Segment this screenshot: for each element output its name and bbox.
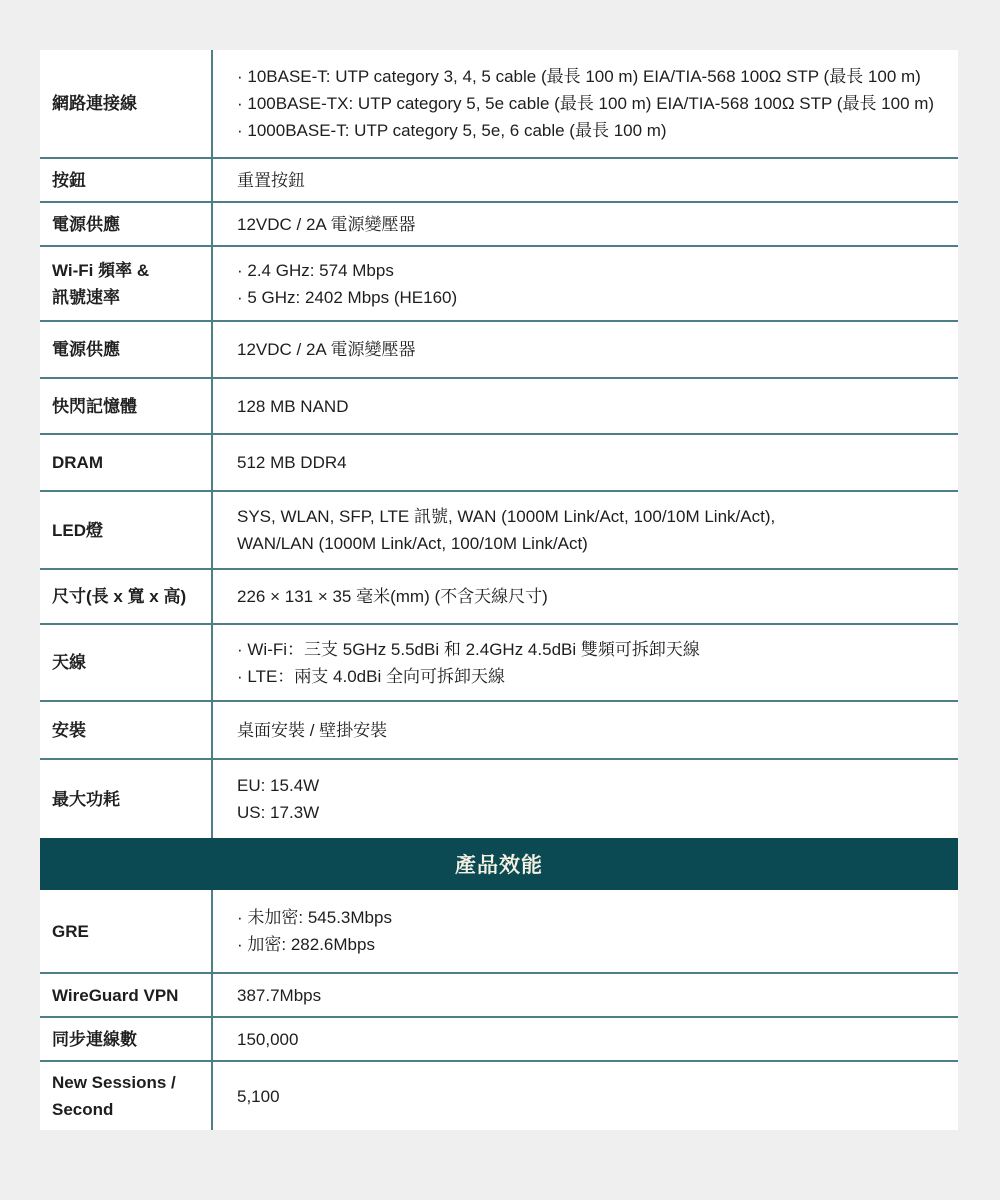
row-label-wifi-rate: Wi-Fi 頻率 & 訊號速率 [40, 247, 213, 320]
table-row: 按鈕 重置按鈕 [40, 157, 958, 201]
performance-section-header: 產品效能 [40, 838, 958, 890]
row-label-dram: DRAM [40, 435, 213, 490]
table-row: 同步連線數 150,000 [40, 1016, 958, 1060]
row-label-max-power: 最大功耗 [40, 760, 213, 838]
row-value-led: SYS, WLAN, SFP, LTE 訊號, WAN (1000M Link/… [213, 495, 958, 565]
row-value-antenna: · Wi-Fi：三支 5GHz 5.5dBi 和 2.4GHz 4.5dBi 雙… [213, 628, 958, 698]
table-row: 網路連接線 · 10BASE-T: UTP category 3, 4, 5 c… [40, 50, 958, 157]
row-value-network-cable: · 10BASE-T: UTP category 3, 4, 5 cable (… [213, 55, 958, 152]
table-row: 最大功耗 EU: 15.4W US: 17.3W [40, 758, 958, 838]
table-row: Wi-Fi 頻率 & 訊號速率 · 2.4 GHz: 574 Mbps · 5 … [40, 245, 958, 320]
row-value-installation: 桌面安裝 / 壁掛安裝 [213, 709, 958, 752]
row-value-flash-memory: 128 MB NAND [213, 385, 958, 428]
row-value-concurrent-sessions: 150,000 [213, 1018, 958, 1061]
row-label-concurrent-sessions: 同步連線數 [40, 1018, 213, 1060]
table-row: 安裝 桌面安裝 / 壁掛安裝 [40, 700, 958, 758]
row-value-max-power: EU: 15.4W US: 17.3W [213, 764, 958, 834]
table-row: WireGuard VPN 387.7Mbps [40, 972, 958, 1016]
table-row: LED燈 SYS, WLAN, SFP, LTE 訊號, WAN (1000M … [40, 490, 958, 568]
table-row: GRE · 未加密: 545.3Mbps · 加密: 282.6Mbps [40, 890, 958, 972]
row-label-new-sessions: New Sessions / Second [40, 1062, 213, 1130]
table-row: 電源供應 12VDC / 2A 電源變壓器 [40, 320, 958, 377]
table-row: DRAM 512 MB DDR4 [40, 433, 958, 490]
row-label-flash-memory: 快閃記憶體 [40, 379, 213, 433]
row-label-dimensions: 尺寸(長 x 寬 x 高) [40, 570, 213, 623]
table-row: 快閃記憶體 128 MB NAND [40, 377, 958, 433]
row-label-led: LED燈 [40, 492, 213, 568]
performance-spec-section: GRE · 未加密: 545.3Mbps · 加密: 282.6Mbps Wir… [40, 890, 958, 1130]
row-label-installation: 安裝 [40, 702, 213, 758]
hardware-spec-section: 網路連接線 · 10BASE-T: UTP category 3, 4, 5 c… [40, 50, 958, 838]
table-row: 電源供應 12VDC / 2A 電源變壓器 [40, 201, 958, 245]
row-label-button: 按鈕 [40, 159, 213, 201]
row-label-gre: GRE [40, 890, 213, 972]
row-label-antenna: 天線 [40, 625, 213, 700]
row-value-dram: 512 MB DDR4 [213, 441, 958, 484]
row-value-power-supply-2: 12VDC / 2A 電源變壓器 [213, 328, 958, 371]
table-row: 天線 · Wi-Fi：三支 5GHz 5.5dBi 和 2.4GHz 4.5dB… [40, 623, 958, 700]
row-label-power-supply-1: 電源供應 [40, 203, 213, 245]
row-value-new-sessions: 5,100 [213, 1075, 958, 1118]
table-row: New Sessions / Second 5,100 [40, 1060, 958, 1130]
row-value-wifi-rate: · 2.4 GHz: 574 Mbps · 5 GHz: 2402 Mbps (… [213, 249, 958, 319]
row-value-power-supply-1: 12VDC / 2A 電源變壓器 [213, 203, 958, 246]
row-label-network-cable: 網路連接線 [40, 50, 213, 157]
table-row: 尺寸(長 x 寬 x 高) 226 × 131 × 35 毫米(mm) (不含天… [40, 568, 958, 623]
row-value-gre: · 未加密: 545.3Mbps · 加密: 282.6Mbps [213, 896, 958, 966]
row-value-wireguard-vpn: 387.7Mbps [213, 974, 958, 1017]
row-value-button: 重置按鈕 [213, 159, 958, 202]
row-label-power-supply-2: 電源供應 [40, 322, 213, 377]
row-label-wireguard-vpn: WireGuard VPN [40, 974, 213, 1016]
row-value-dimensions: 226 × 131 × 35 毫米(mm) (不含天線尺寸) [213, 575, 958, 618]
product-spec-table: 網路連接線 · 10BASE-T: UTP category 3, 4, 5 c… [40, 50, 958, 1130]
